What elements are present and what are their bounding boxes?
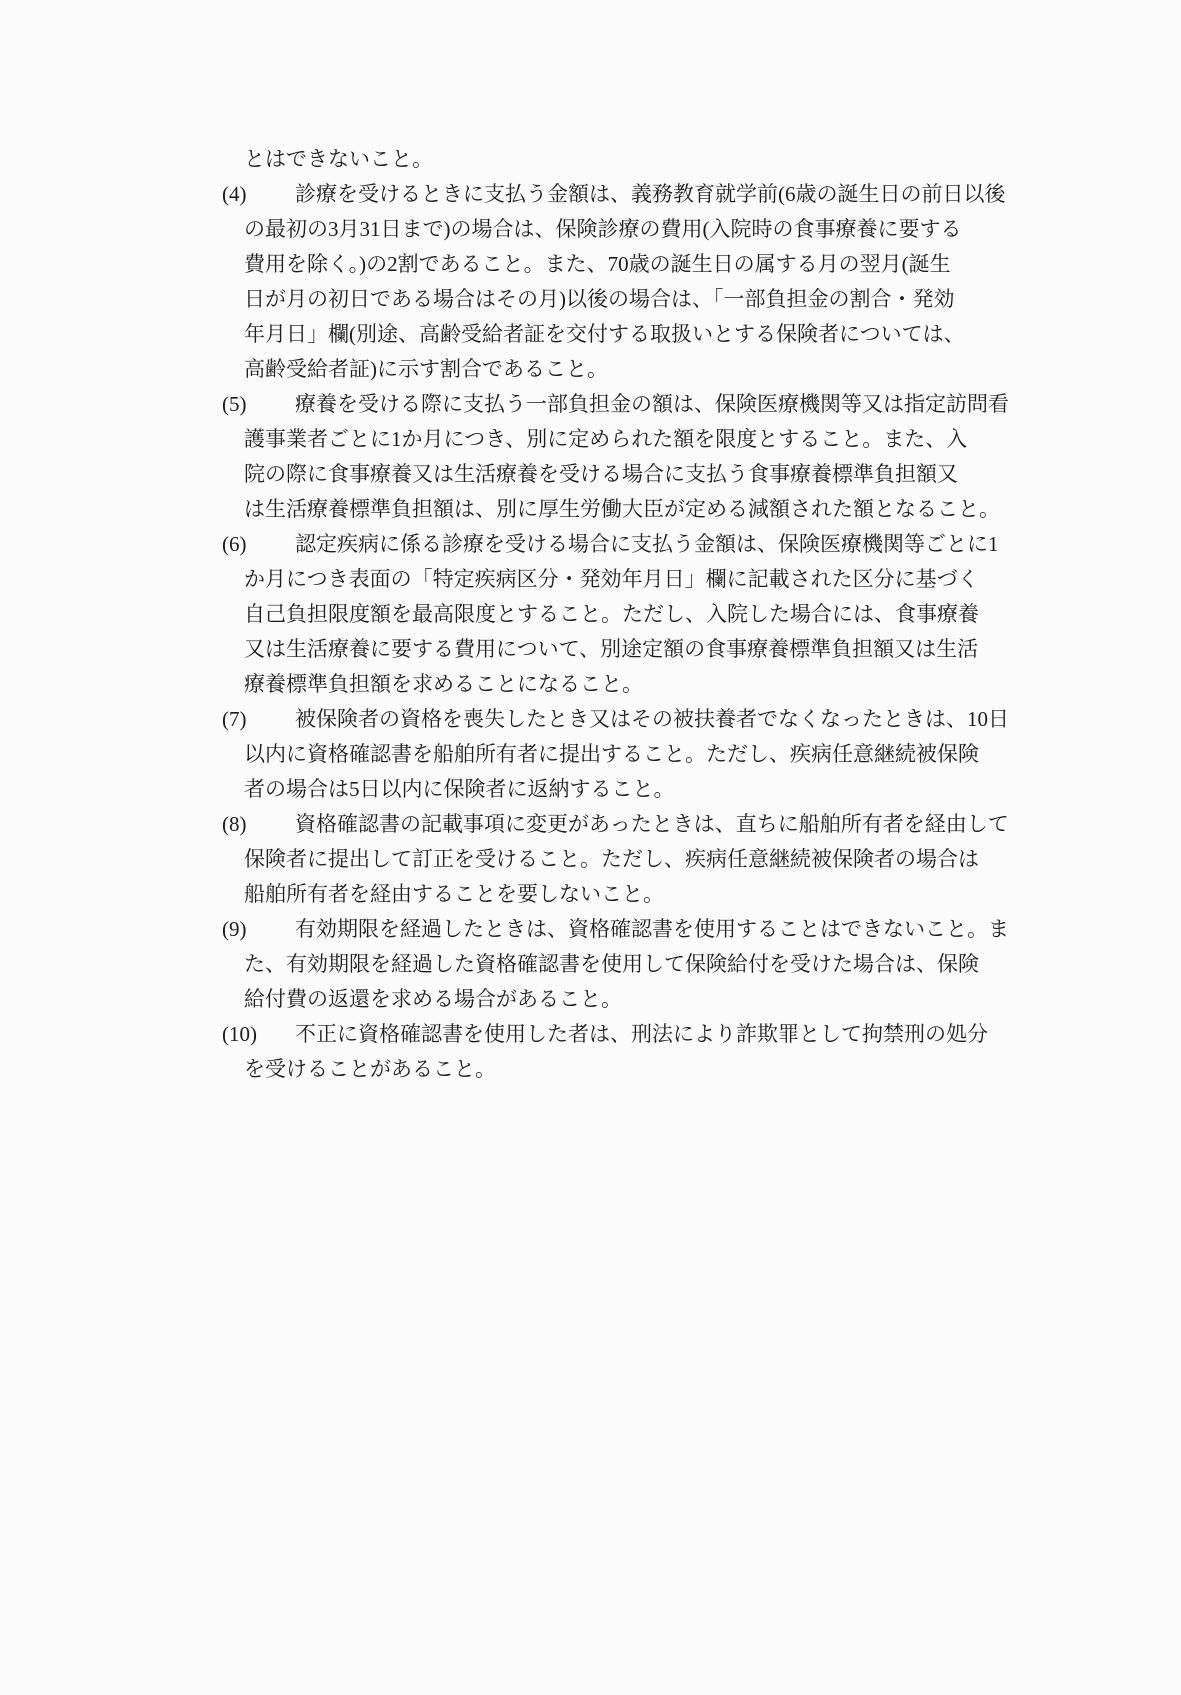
- item-line: た、有効期限を経過した資格確認書を使用して保険給付を受けた場合は、保険: [222, 947, 1012, 982]
- item-first-line: (10)不正に資格確認書を使用した者は、刑法により詐欺罪として拘禁刑の処分: [222, 1017, 1012, 1052]
- item-line: 療養標準負担額を求めることになること。: [222, 667, 1012, 702]
- item-line: 護事業者ごとに1か月につき、別に定められた額を限度とすること。また、入: [222, 422, 1012, 457]
- list-item: (5)療養を受ける際に支払う一部負担金の額は、保険医療機関等又は指定訪問看護事業…: [222, 387, 1012, 527]
- list-item: (7)被保険者の資格を喪失したとき又はその被扶養者でなくなったときは、10日以内…: [222, 702, 1012, 807]
- item-line: 高齢受給者証)に示す割合であること。: [222, 352, 1012, 387]
- item-number: (10): [222, 1017, 295, 1052]
- item-text: 療養を受ける際に支払う一部負担金の額は、保険医療機関等又は指定訪問看: [295, 392, 1009, 416]
- item-line: 又は生活療養に要する費用について、別途定額の食事療養標準負担額又は生活: [222, 632, 1012, 667]
- document-body: とはできないこと。 (4)診療を受けるときに支払う金額は、義務教育就学前(6歳の…: [222, 142, 1012, 1087]
- list-item: (9)有効期限を経過したときは、資格確認書を使用することはできないこと。また、有…: [222, 912, 1012, 1017]
- item-number: (4): [222, 177, 295, 212]
- item-number: (9): [222, 912, 295, 947]
- item-number: (6): [222, 527, 295, 562]
- item-line: 船舶所有者を経由することを要しないこと。: [222, 877, 1012, 912]
- item-text: 有効期限を経過したときは、資格確認書を使用することはできないこと。ま: [295, 917, 1009, 941]
- item-line: の最初の3月31日まで)の場合は、保険診療の費用(入院時の食事療養に要する: [222, 212, 1012, 247]
- item-line: は生活療養標準負担額は、別に厚生労働大臣が定める減額された額となること。: [222, 492, 1012, 527]
- list-item: (8)資格確認書の記載事項に変更があったときは、直ちに船舶所有者を経由して保険者…: [222, 807, 1012, 912]
- item-line: 院の際に食事療養又は生活療養を受ける場合に支払う食事療養標準負担額又: [222, 457, 1012, 492]
- item-line: 者の場合は5日以内に保険者に返納すること。: [222, 772, 1012, 807]
- list-item: (10)不正に資格確認書を使用した者は、刑法により詐欺罪として拘禁刑の処分を受け…: [222, 1017, 1012, 1087]
- item-line: を受けることがあること。: [222, 1052, 1012, 1087]
- item-number: (8): [222, 807, 295, 842]
- document-page: とはできないこと。 (4)診療を受けるときに支払う金額は、義務教育就学前(6歳の…: [0, 0, 1181, 1695]
- list-item: (4)診療を受けるときに支払う金額は、義務教育就学前(6歳の誕生日の前日以後の最…: [222, 177, 1012, 387]
- item-line: 以内に資格確認書を船舶所有者に提出すること。ただし、疾病任意継続被保険: [222, 737, 1012, 772]
- item-line: 年月日」欄(別途、高齢受給者証を交付する取扱いとする保険者については、: [222, 317, 1012, 352]
- item-text: 不正に資格確認書を使用した者は、刑法により詐欺罪として拘禁刑の処分: [295, 1022, 988, 1046]
- item-first-line: (9)有効期限を経過したときは、資格確認書を使用することはできないこと。ま: [222, 912, 1012, 947]
- item-text: 被保険者の資格を喪失したとき又はその被扶養者でなくなったときは、10日: [295, 707, 1009, 731]
- continuation-line: とはできないこと。: [222, 142, 1012, 177]
- item-first-line: (6)認定疾病に係る診療を受ける場合に支払う金額は、保険医療機関等ごとに1: [222, 527, 1012, 562]
- item-first-line: (8)資格確認書の記載事項に変更があったときは、直ちに船舶所有者を経由して: [222, 807, 1012, 842]
- item-line: 費用を除く。)の2割であること。また、70歳の誕生日の属する月の翌月(誕生: [222, 247, 1012, 282]
- item-text: 認定疾病に係る診療を受ける場合に支払う金額は、保険医療機関等ごとに1: [295, 532, 999, 556]
- item-line: 保険者に提出して訂正を受けること。ただし、疾病任意継続被保険者の場合は: [222, 842, 1012, 877]
- item-line: 給付費の返還を求める場合があること。: [222, 982, 1012, 1017]
- item-line: 自己負担限度額を最高限度とすること。ただし、入院した場合には、食事療養: [222, 597, 1012, 632]
- numbered-list: (4)診療を受けるときに支払う金額は、義務教育就学前(6歳の誕生日の前日以後の最…: [222, 177, 1012, 1087]
- item-first-line: (7)被保険者の資格を喪失したとき又はその被扶養者でなくなったときは、10日: [222, 702, 1012, 737]
- list-item: (6)認定疾病に係る診療を受ける場合に支払う金額は、保険医療機関等ごとに1か月に…: [222, 527, 1012, 702]
- item-text: 資格確認書の記載事項に変更があったときは、直ちに船舶所有者を経由して: [295, 812, 1009, 836]
- item-line: か月につき表面の「特定疾病区分・発効年月日」欄に記載された区分に基づく: [222, 562, 1012, 597]
- item-first-line: (5)療養を受ける際に支払う一部負担金の額は、保険医療機関等又は指定訪問看: [222, 387, 1012, 422]
- item-text: 診療を受けるときに支払う金額は、義務教育就学前(6歳の誕生日の前日以後: [295, 182, 1006, 206]
- item-first-line: (4)診療を受けるときに支払う金額は、義務教育就学前(6歳の誕生日の前日以後: [222, 177, 1012, 212]
- item-number: (7): [222, 702, 295, 737]
- item-line: 日が月の初日である場合はその月)以後の場合は、「一部負担金の割合・発効: [222, 282, 1012, 317]
- item-number: (5): [222, 387, 295, 422]
